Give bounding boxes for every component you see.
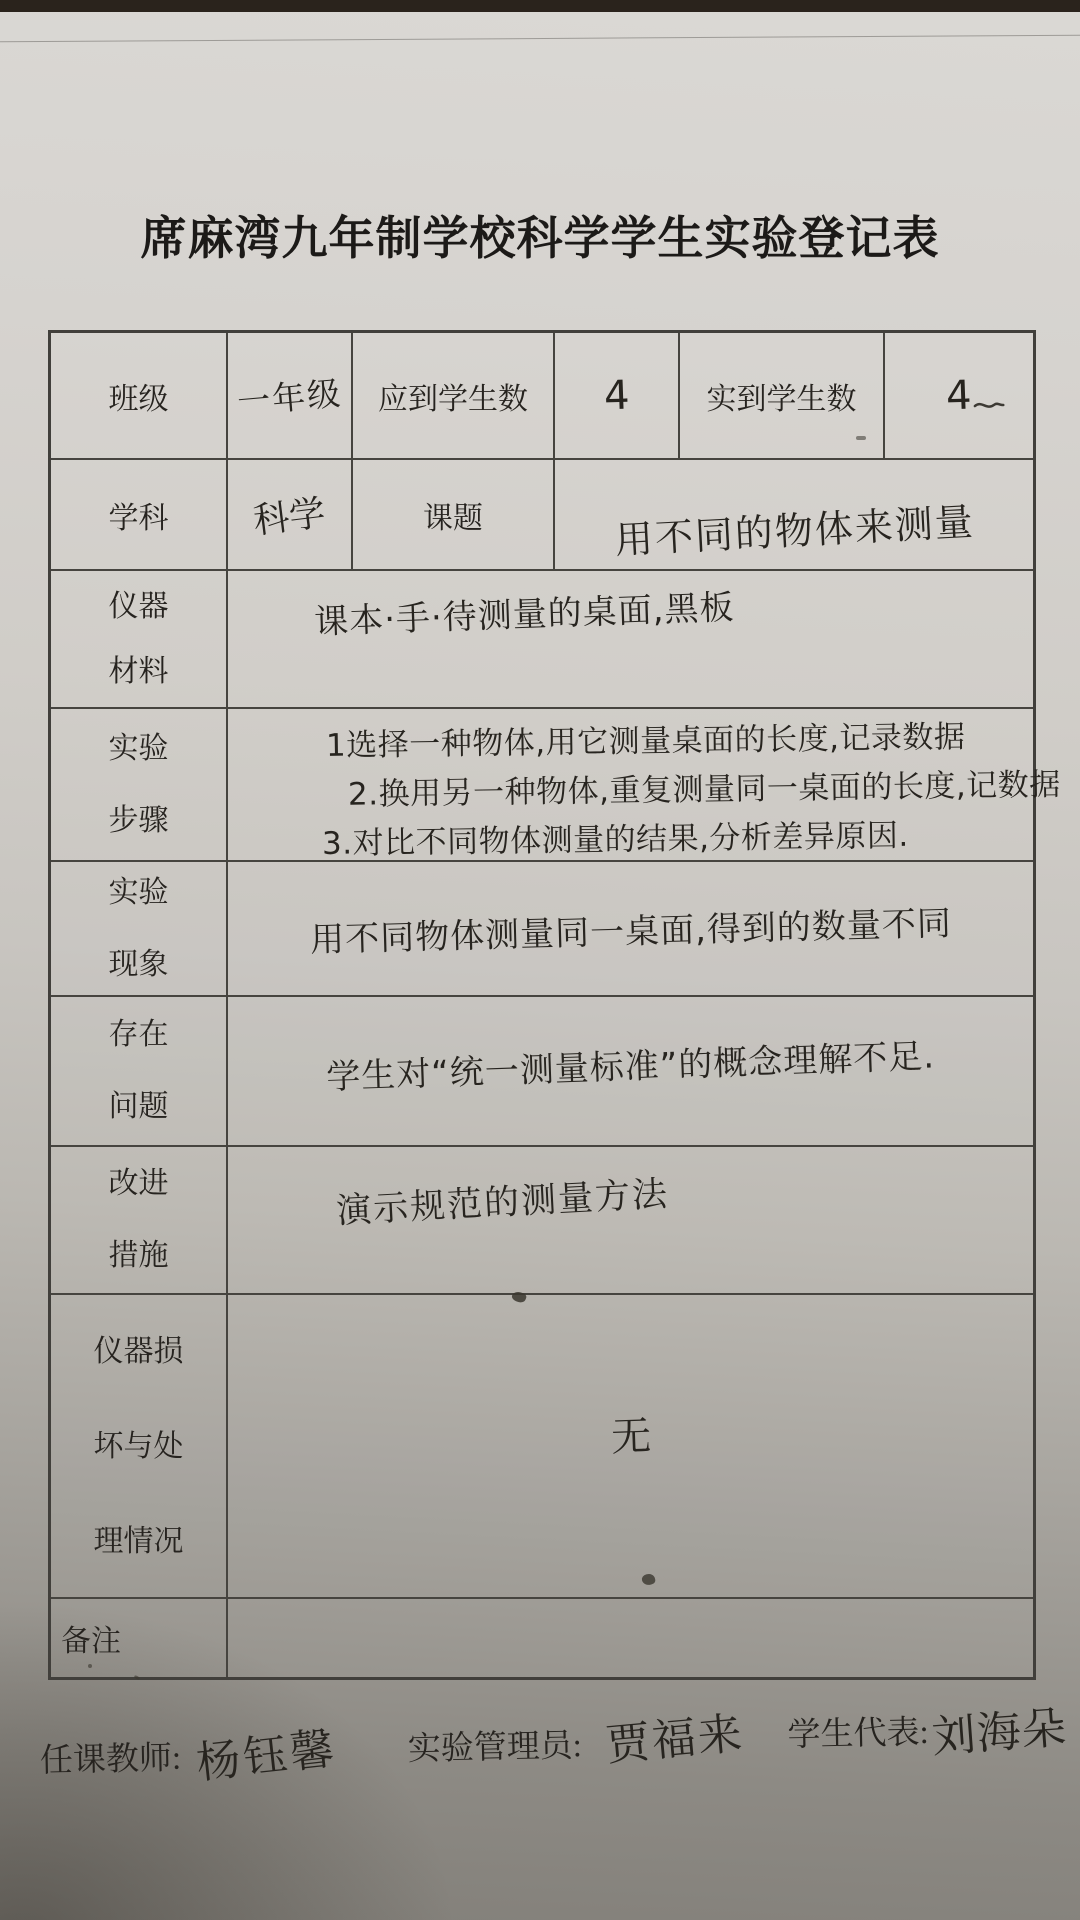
lab-manager-label: 实验管理员:	[407, 1719, 582, 1770]
improvement-value-handwritten: 演示规范的测量方法	[335, 1166, 670, 1233]
improvement-value-cell: 演示规范的测量方法	[226, 1147, 1033, 1293]
ink-smudge	[88, 1664, 92, 1668]
subject-label: 学科	[109, 493, 169, 537]
subject-label-cell: 学科	[51, 460, 226, 569]
topic-label-cell: 课题	[351, 460, 553, 569]
steps-label-line: 实验	[109, 713, 169, 785]
ink-smudge	[856, 436, 866, 440]
remarks-label-cell: 备注	[51, 1599, 226, 1677]
improvement-label-line: 措施	[109, 1220, 169, 1292]
problems-value-cell: 学生对“统一测量标准”的概念理解不足.	[226, 997, 1033, 1145]
subject-value-cell: 科学	[226, 460, 351, 569]
problems-label-line: 问题	[109, 1071, 169, 1143]
remarks-value-cell	[226, 1599, 1033, 1677]
equipment-label-cell: 仪器 材料	[51, 571, 226, 707]
step-3-handwritten: 3.对比不同物体测量的结果,分析差异原因.	[322, 810, 1034, 869]
improvement-label-cell: 改进 措施	[51, 1147, 226, 1293]
phenomenon-label-line: 实验	[109, 857, 169, 929]
expected-count-value-handwritten: 4	[603, 372, 630, 419]
class-value-handwritten: 一年级	[235, 368, 344, 424]
row-problems: 存在 问题 学生对“统一测量标准”的概念理解不足.	[51, 995, 1033, 1145]
phenomenon-label-line: 现象	[109, 929, 169, 1001]
teacher-label: 任课教师:	[39, 1732, 181, 1782]
damage-label-line: 坏与处	[94, 1399, 184, 1494]
equipment-label-line: 仪器	[109, 574, 169, 639]
steps-value-cell: 1选择一种物体,用它测量桌面的长度,记录数据 2.换用另一种物体,重复测量同一桌…	[226, 709, 1033, 860]
topic-value-handwritten: 用不同的物体来测量	[612, 465, 976, 565]
actual-count-value-handwritten: 4	[945, 372, 972, 419]
subject-value-handwritten: 科学	[251, 485, 329, 544]
steps-label-cell: 实验 步骤	[51, 709, 226, 860]
student-representative-label: 学生代表:	[787, 1706, 929, 1756]
class-value-cell: 一年级	[226, 333, 351, 458]
topic-value-cell: 用不同的物体来测量	[553, 460, 1033, 569]
paper-photo: 席麻湾九年制学校科学学生实验登记表 班级 一年级 应到学生数 4 实到学生数 4	[0, 12, 1080, 1920]
problems-value-handwritten: 学生对“统一测量标准”的概念理解不足.	[325, 1028, 935, 1098]
phenomenon-value-cell: 用不同物体测量同一桌面,得到的数量不同	[226, 862, 1033, 995]
paper-edge-line	[0, 35, 1080, 43]
student-representative-signature: 刘海朵	[929, 1692, 1068, 1766]
form-title: 席麻湾九年制学校科学学生实验登记表	[0, 202, 1080, 268]
phenomenon-label-cell: 实验 现象	[51, 862, 226, 995]
steps-label-line: 步骤	[109, 785, 169, 857]
damage-label-cell: 仪器损 坏与处 理情况	[51, 1295, 226, 1597]
equipment-label-line: 材料	[109, 639, 169, 704]
equipment-value-handwritten: 课本·手·待测量的桌面,黑板	[313, 580, 735, 644]
class-label: 班级	[109, 374, 169, 418]
expected-count-label: 应到学生数	[378, 374, 528, 418]
row-phenomenon: 实验 现象 用不同物体测量同一桌面,得到的数量不同	[51, 860, 1033, 995]
damage-value-cell: 无	[226, 1295, 1033, 1597]
row-subject-topic: 学科 科学 课题 用不同的物体来测量	[51, 458, 1033, 569]
equipment-value-cell: 课本·手·待测量的桌面,黑板	[226, 571, 1033, 707]
row-equipment: 仪器 材料 课本·手·待测量的桌面,黑板	[51, 569, 1033, 707]
lab-manager-signature: 贾福来	[603, 1697, 746, 1773]
phenomenon-value-handwritten: 用不同物体测量同一桌面,得到的数量不同	[309, 896, 952, 962]
actual-count-label: 实到学生数	[707, 374, 857, 418]
row-damage: 仪器损 坏与处 理情况 无	[51, 1293, 1033, 1597]
improvement-label-line: 改进	[109, 1148, 169, 1220]
topic-label: 课题	[423, 493, 483, 537]
row-class: 班级 一年级 应到学生数 4 实到学生数 4	[51, 333, 1033, 458]
teacher-signature: 杨钰馨	[193, 1712, 340, 1791]
actual-count-value-cell: 4	[883, 333, 1033, 458]
row-improvement: 改进 措施 演示规范的测量方法	[51, 1145, 1033, 1293]
row-steps: 实验 步骤 1选择一种物体,用它测量桌面的长度,记录数据 2.换用另一种物体,重…	[51, 707, 1033, 860]
remarks-label: 备注	[61, 1616, 121, 1660]
expected-count-label-cell: 应到学生数	[351, 333, 553, 458]
actual-count-label-cell: 实到学生数	[678, 333, 883, 458]
row-remarks: 备注	[51, 1597, 1033, 1677]
damage-label-line: 仪器损	[94, 1304, 184, 1399]
problems-label-line: 存在	[109, 999, 169, 1071]
experiment-registration-table: 班级 一年级 应到学生数 4 实到学生数 4 学科 科学	[48, 330, 1036, 1680]
problems-label-cell: 存在 问题	[51, 997, 226, 1145]
damage-value-handwritten: 无	[610, 1404, 652, 1462]
signature-line: 任课教师: 杨钰馨 实验管理员: 贾福来 学生代表: 刘海朵	[0, 1699, 1080, 1822]
class-label-cell: 班级	[51, 333, 226, 458]
damage-label-line: 理情况	[94, 1494, 184, 1589]
expected-count-value-cell: 4	[553, 333, 678, 458]
